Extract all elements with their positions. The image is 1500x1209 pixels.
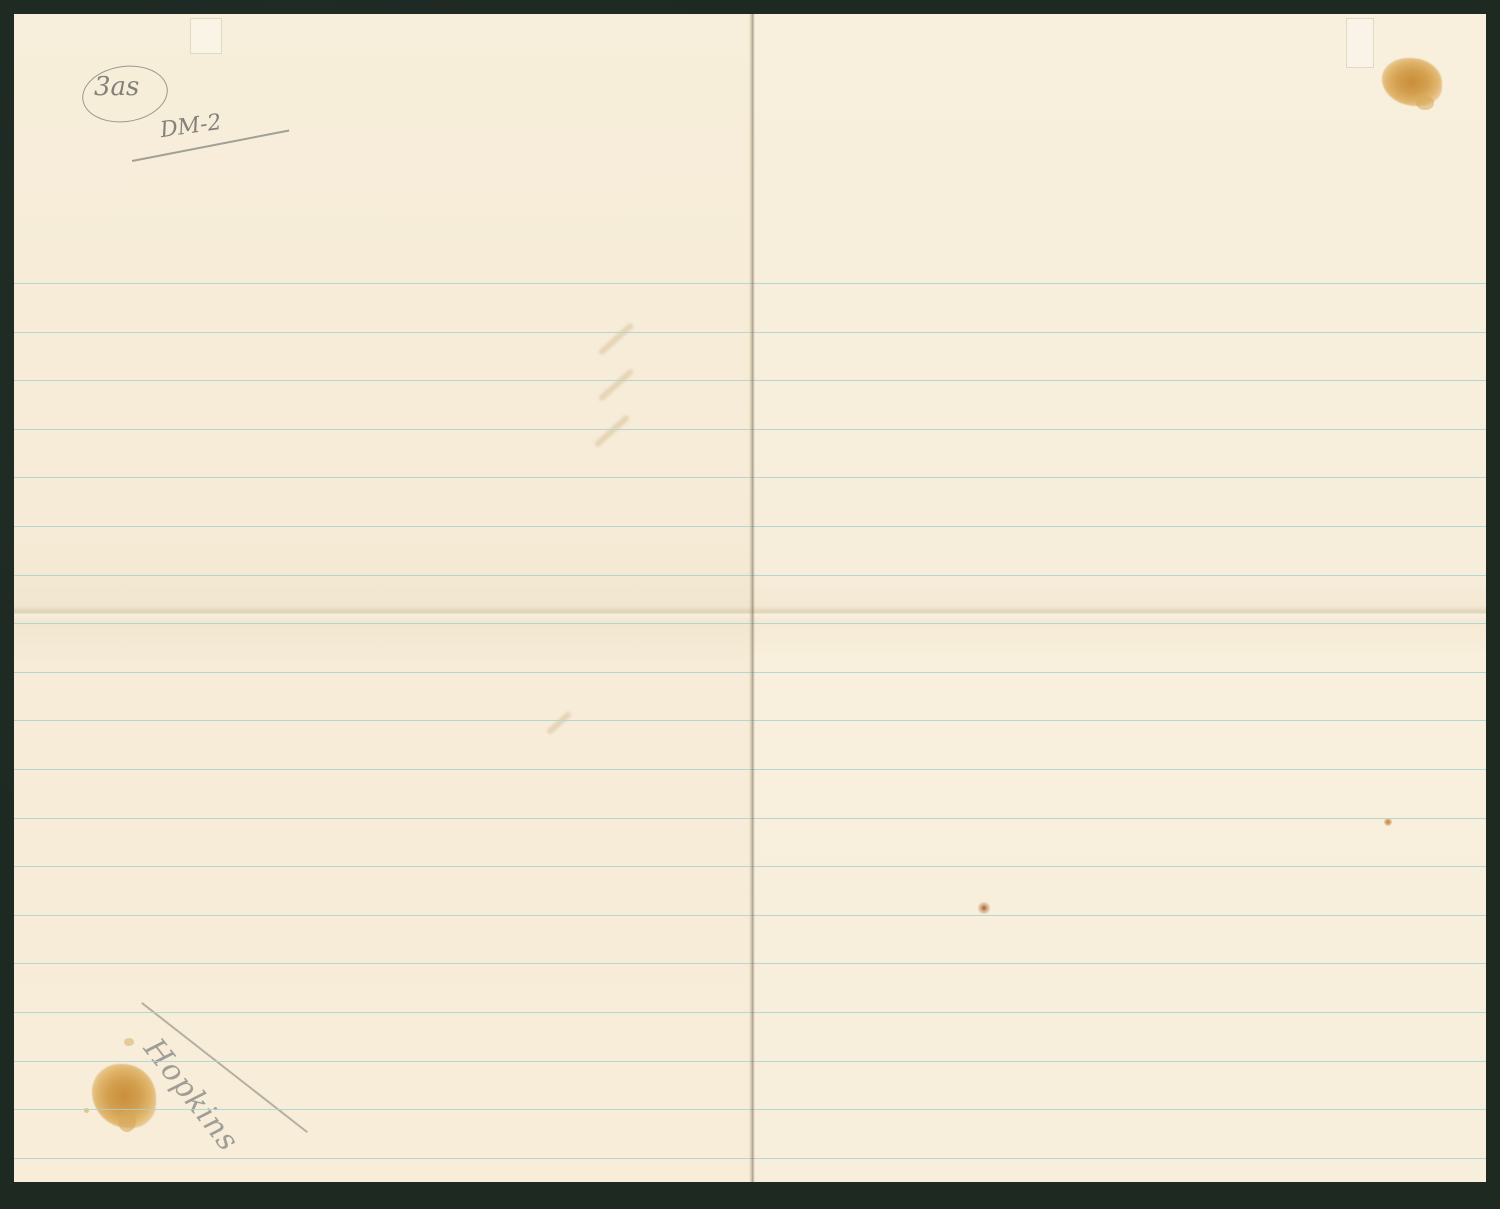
ruled-line: [752, 720, 1486, 721]
foxing-speck: [118, 1110, 136, 1132]
ruled-line: [14, 575, 752, 576]
bleed-through-mark: [594, 414, 631, 448]
hinge-tape-mark: [190, 18, 222, 54]
ruled-line: [14, 332, 752, 333]
ruled-line: [14, 380, 752, 381]
ruled-line: [752, 332, 1486, 333]
circled-code: 3as: [94, 72, 139, 102]
ruled-line: [752, 769, 1486, 770]
ruled-line: [14, 526, 752, 527]
bleed-through-mark: [546, 711, 572, 736]
ruled-line: [14, 818, 752, 819]
ruled-line: [752, 1012, 1486, 1013]
ruled-line: [752, 1061, 1486, 1062]
ruled-line: [752, 623, 1486, 624]
ruled-line: [752, 818, 1486, 819]
foxing-speck: [124, 1038, 134, 1046]
letter-sheet: 3as DM-2 Hopkins: [14, 14, 1486, 1182]
catalog-code: DM-2: [159, 110, 223, 143]
ruled-line: [14, 866, 752, 867]
left-page: 3as DM-2 Hopkins: [14, 14, 752, 1182]
ruled-line: [14, 1109, 752, 1110]
ruled-line: [752, 1158, 1486, 1159]
ruled-line: [752, 575, 1486, 576]
ruled-line: [14, 915, 752, 916]
ruled-line: [752, 866, 1486, 867]
ruled-line: [14, 963, 752, 964]
ruled-line: [752, 963, 1486, 964]
ruled-line: [752, 526, 1486, 527]
ruled-line: [752, 915, 1486, 916]
center-fold-crease: [749, 14, 755, 1182]
ruled-line: [752, 429, 1486, 430]
ruled-line: [752, 477, 1486, 478]
foxing-speck: [1416, 96, 1434, 110]
bleed-through-mark: [598, 368, 635, 402]
ruled-line: [752, 283, 1486, 284]
ruled-line: [14, 672, 752, 673]
ruled-line: [14, 769, 752, 770]
hinge-tape-mark: [1346, 18, 1374, 68]
bleed-through-mark: [598, 322, 635, 356]
ruled-line: [14, 720, 752, 721]
ruled-line: [14, 283, 752, 284]
foxing-spot: [1384, 818, 1392, 826]
ruled-line: [14, 1012, 752, 1013]
ruled-line: [14, 1061, 752, 1062]
ruled-line: [14, 1158, 752, 1159]
right-page: [752, 14, 1486, 1182]
ruled-line: [752, 672, 1486, 673]
ruled-line: [14, 429, 752, 430]
ruled-line: [752, 1109, 1486, 1110]
ruled-line: [14, 623, 752, 624]
ruled-line: [14, 477, 752, 478]
ruled-line: [752, 380, 1486, 381]
foxing-spot: [978, 902, 990, 914]
